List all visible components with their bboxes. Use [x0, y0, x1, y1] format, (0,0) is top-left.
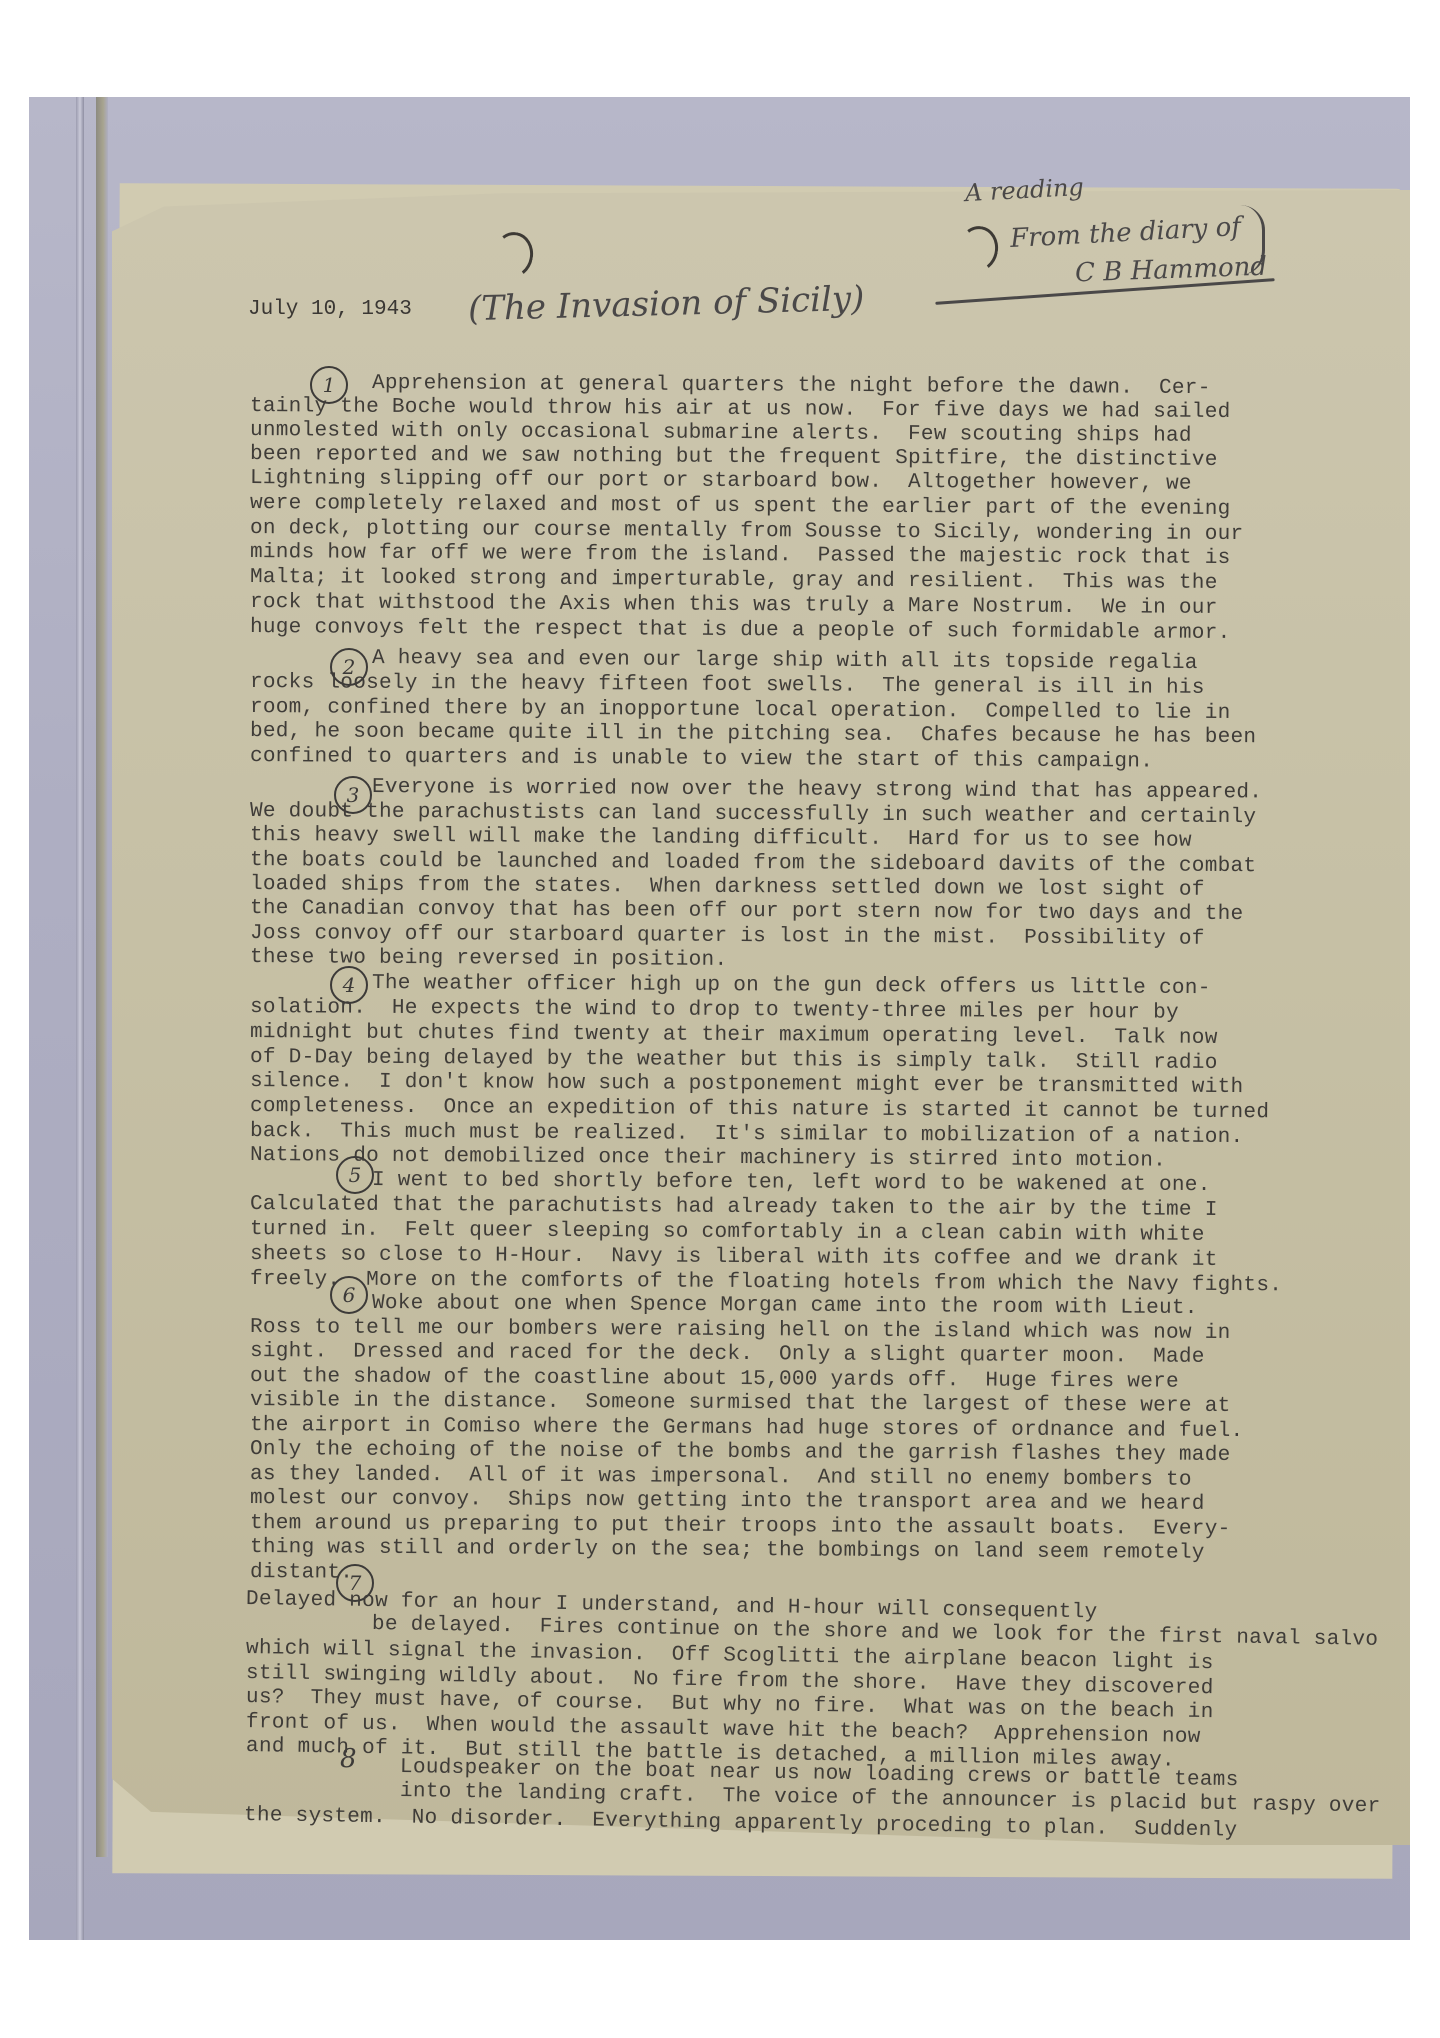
typed-line: distant. — [250, 1561, 353, 1586]
typed-line: huge convoys felt the respect that is du… — [250, 616, 1231, 646]
typed-text-body: Apprehension at general quarters the nig… — [0, 0, 1440, 2038]
typed-line: thing was still and orderly on the sea; … — [250, 1536, 1205, 1566]
typed-line: confined to quarters and is unable to vi… — [250, 745, 1153, 775]
typed-line: these two being reversed in position. — [250, 946, 728, 973]
